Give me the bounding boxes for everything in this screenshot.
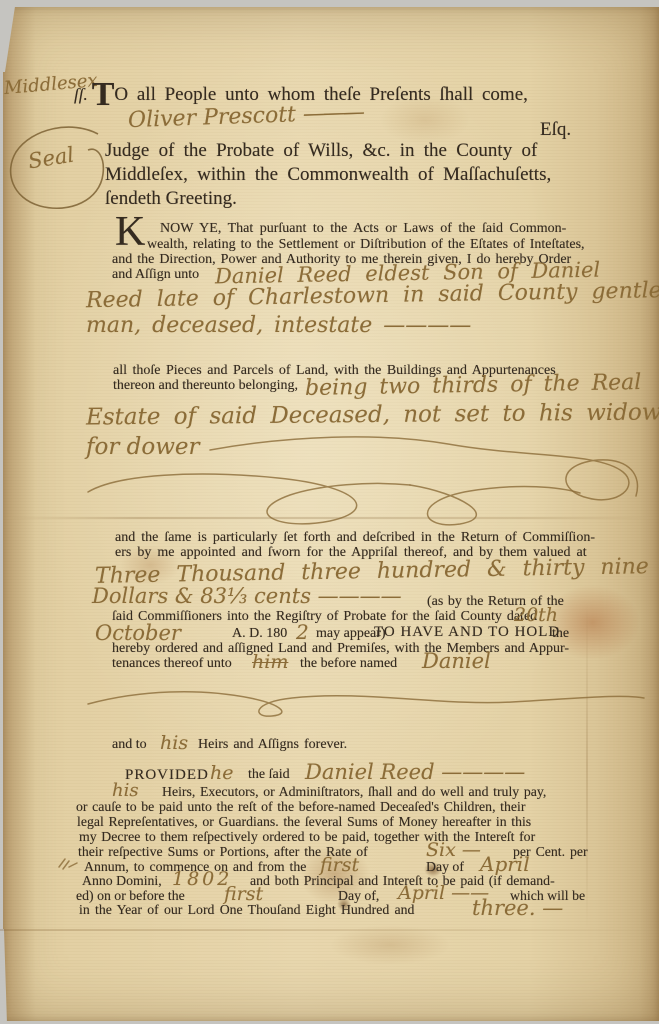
to-have-and-hold-caps: TO HAVE AND TO HOLD [374, 624, 560, 641]
document-scan: { "colors": { "paper": "#e3d0a5", "paper… [0, 0, 659, 1024]
anno-domini-printed2: Anno Domini, [82, 873, 162, 889]
anno-domini-printed: A. D. 180 [232, 626, 287, 642]
tenances-printed-b: the before named [300, 656, 397, 672]
the-printed: the [552, 626, 569, 642]
knowye-line2: wealth, relating to the Settlement or Di… [147, 237, 585, 253]
heirs-printed-b: Heirs and Aſſigns forever. [198, 737, 347, 753]
three-handwritten: three. — [472, 896, 563, 920]
estate-desc-line2: Estate of said Deceased, not set to his … [86, 399, 659, 430]
dated-day-handwritten: 20th [514, 604, 558, 626]
knowye-drop-cap: K [115, 216, 145, 250]
rate-handwritten: Six — [426, 839, 481, 861]
parcels-line2-printed: thereon and thereunto belonging, [113, 378, 298, 394]
judge-title-line1: Judge of the Probate of Wills, &c. in th… [105, 140, 537, 162]
flourish-wave-icon [80, 682, 652, 722]
provided-his-handwritten: his [112, 780, 139, 801]
provided-line3: legal Repreſentatives, or Guardians. the… [77, 814, 531, 830]
grantee-name-line3: man, deceased, intestate ———— [86, 313, 471, 338]
valuation-amount-line2: Dollars & 83⅓ cents ———— [92, 584, 402, 608]
premises-line: hereby ordered and aſſigned Land and Pre… [112, 641, 569, 657]
heirs-his-handwritten: his [160, 732, 188, 754]
year-words-printed: in the Year of our Lord One Thouſand Eig… [79, 902, 414, 918]
daniel-handwritten: Daniel [422, 649, 491, 673]
greeting-line: ſendeth Greeting. [105, 188, 237, 210]
ss-abbreviation: ſſ. [74, 85, 88, 104]
knowye-line4-printed: and Aſſign unto [112, 267, 199, 283]
flourish-swirl-icon [78, 428, 646, 530]
provided-name-handwritten: Daniel Reed ———— [305, 760, 525, 784]
tenances-printed-a: tenances thereof unto [112, 656, 232, 672]
drop-cap-T: T [92, 76, 115, 113]
provided-line2: or cauſe to be paid unto the reſt of the… [76, 799, 525, 815]
him-handwritten: him [252, 651, 288, 673]
annum-margin-ink-mark-icon [57, 856, 81, 872]
judge-title-line2: Middleſex, within the Commonwealth of Ma… [105, 164, 551, 186]
esquire-label: Eſq. [540, 119, 571, 141]
provided-line1: Heirs, Executors, or Adminiſtrators, ſha… [162, 784, 546, 800]
heirs-printed-a: and to [112, 737, 147, 753]
pen-dash-flourish: ——— [302, 100, 363, 127]
knowye-line1: NOW YE, That purſuant to the Acts or Law… [160, 221, 566, 237]
appraisal-line1: and the ſame is particularly ſet forth a… [115, 530, 595, 546]
provided-the-said: the ſaid [248, 767, 290, 783]
provided-he-handwritten: he [210, 762, 233, 784]
